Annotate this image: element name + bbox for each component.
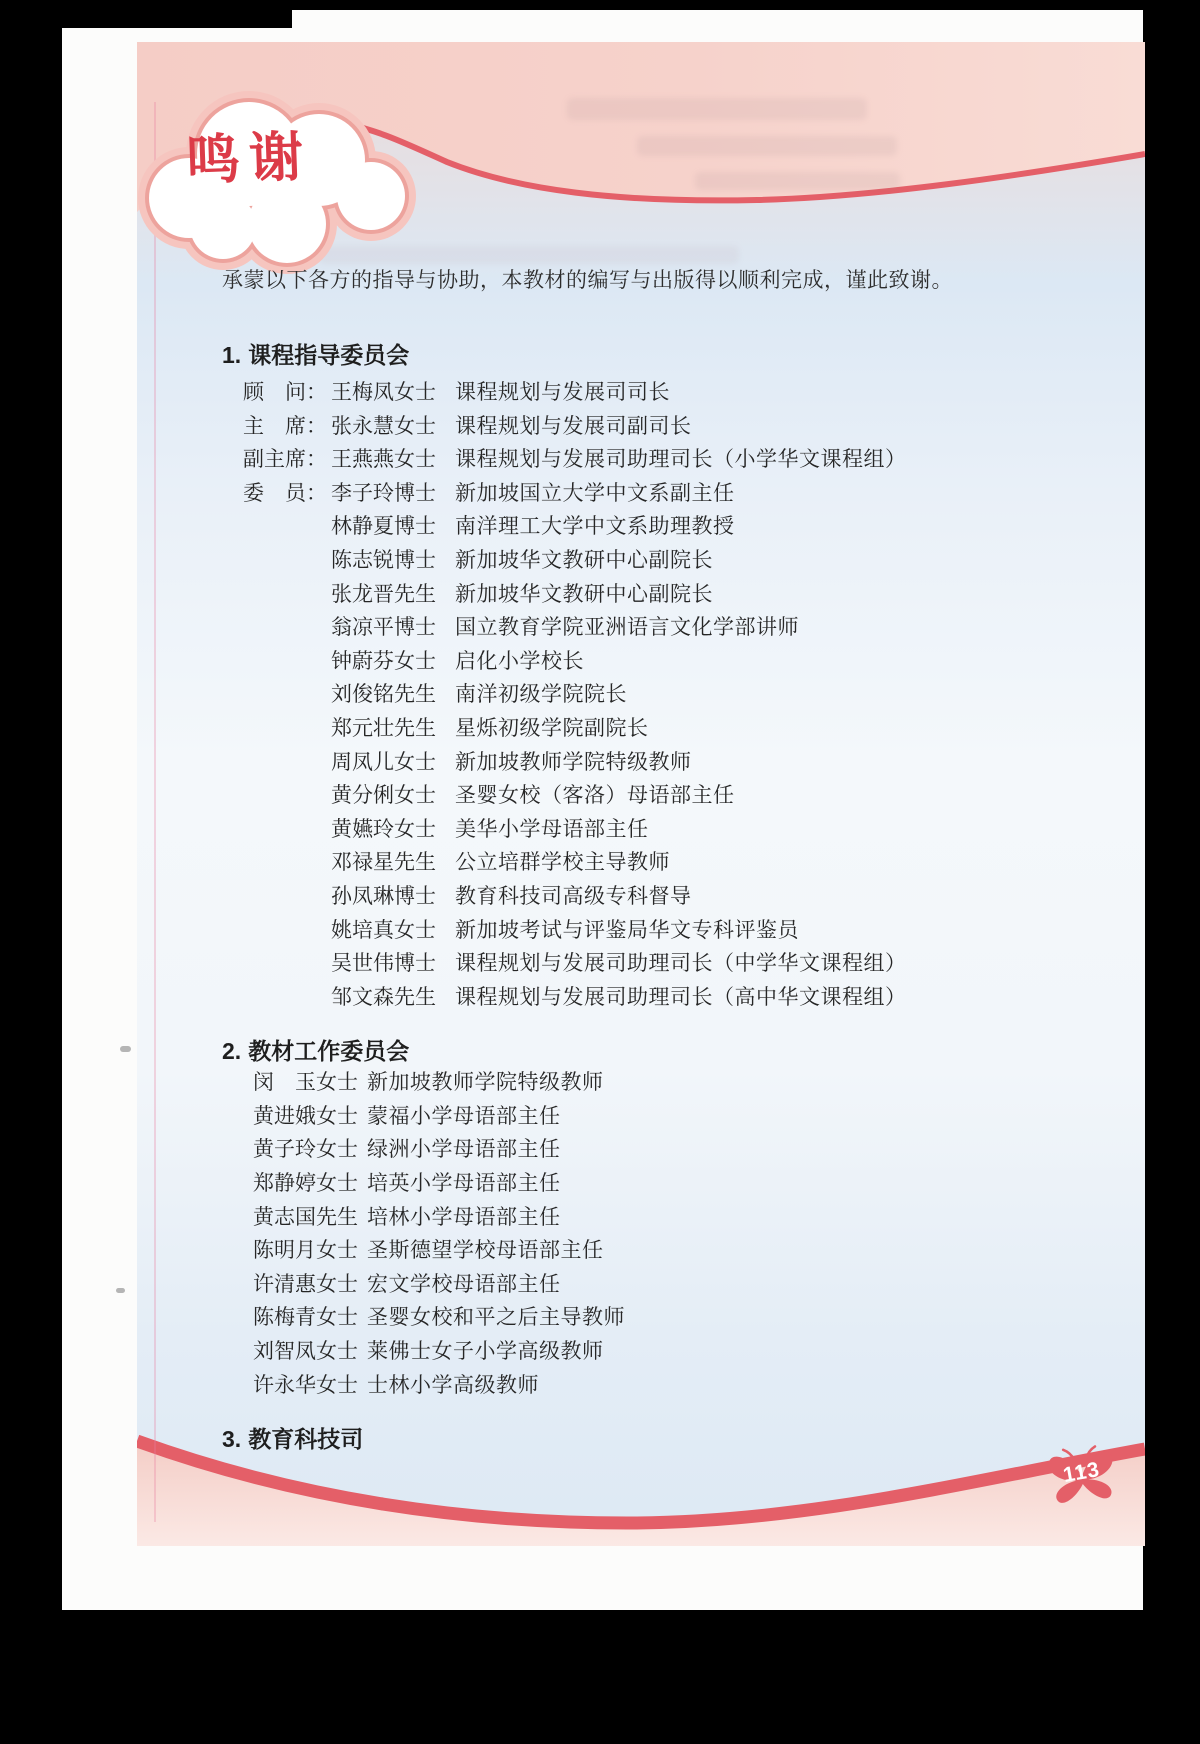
section-number: 3.	[222, 1426, 241, 1452]
section-heading: 3.教育科技司	[222, 1424, 1122, 1454]
member-name: 陈志锐博士	[331, 544, 455, 578]
member-title: 圣婴女校和平之后主导教师	[367, 1306, 625, 1329]
scan-line-artifact	[154, 102, 156, 1522]
member-title: 士林小学高级教师	[367, 1374, 539, 1397]
intro-paragraph: 承蒙以下各方的指导与协助，本教材的编写与出版得以顺利完成，谨此致谢。	[222, 266, 1122, 296]
member-name: 王燕燕女士	[331, 443, 455, 477]
committee-member-row: 陈梅青女士圣婴女校和平之后主导教师	[222, 1301, 1122, 1335]
member-title: 新加坡华文教研中心副院长	[455, 583, 713, 606]
committee-member-row: 许清惠女士宏文学校母语部主任	[222, 1268, 1122, 1302]
member-name: 孙凤琳博士	[331, 880, 455, 914]
member-title: 公立培群学校主导教师	[455, 851, 670, 874]
committee-member-row: 黄志国先生培林小学母语部主任	[222, 1201, 1122, 1235]
section-heading: 2.教材工作委员会	[222, 1036, 1122, 1066]
member-name: 翁凉平博士	[331, 611, 455, 645]
committee-member-row: 副主席：王燕燕女士课程规划与发展司助理司长（小学华文课程组）	[222, 443, 1122, 477]
committee-member-row: 黄分俐女士圣婴女校（客洛）母语部主任	[222, 779, 1122, 813]
scan-page: 鸣谢 承蒙以下各方的指导与协助，本教材的编写与出版得以顺利完成，谨此致谢。 1.…	[62, 10, 1143, 1610]
member-title: 新加坡国立大学中文系副主任	[455, 482, 735, 505]
committee-member-row: 林静夏博士南洋理工大学中文系助理教授	[222, 510, 1122, 544]
member-name: 郑静婷女士	[253, 1167, 367, 1201]
scan-smudge	[120, 1046, 131, 1052]
committee-member-row: 吴世伟博士课程规划与发展司助理司长（中学华文课程组）	[222, 947, 1122, 981]
sections: 1.课程指导委员会顾 问：王梅凤女士课程规划与发展司司长主 席：张永慧女士课程规…	[222, 340, 1122, 1454]
committee-member-row: 邓禄星先生公立培群学校主导教师	[222, 846, 1122, 880]
member-name: 许永华女士	[253, 1369, 367, 1403]
section-2: 2.教材工作委员会闵 玉女士新加坡教师学院特级教师黄进娥女士蒙福小学母语部主任黄…	[222, 1036, 1122, 1402]
section-number: 1.	[222, 342, 241, 368]
member-title: 启化小学校长	[455, 650, 584, 673]
member-title: 南洋理工大学中文系助理教授	[455, 515, 735, 538]
print-area: 鸣谢 承蒙以下各方的指导与协助，本教材的编写与出版得以顺利完成，谨此致谢。 1.…	[137, 42, 1145, 1546]
member-title: 课程规划与发展司司长	[455, 381, 670, 404]
member-name: 黄子玲女士	[253, 1133, 367, 1167]
committee-member-row: 主 席：张永慧女士课程规划与发展司副司长	[222, 410, 1122, 444]
member-title: 课程规划与发展司助理司长（小学华文课程组）	[455, 448, 907, 471]
member-title: 课程规划与发展司助理司长（中学华文课程组）	[455, 952, 907, 975]
committee-member-row: 陈明月女士圣斯德望学校母语部主任	[222, 1234, 1122, 1268]
section-3: 3.教育科技司	[222, 1424, 1122, 1454]
section-heading: 1.课程指导委员会	[222, 340, 1122, 370]
section-title: 教材工作委员会	[248, 1038, 409, 1064]
committee-member-row: 张龙晋先生新加坡华文教研中心副院长	[222, 578, 1122, 612]
member-name: 张永慧女士	[331, 410, 455, 444]
member-title: 课程规划与发展司助理司长（高中华文课程组）	[455, 986, 907, 1009]
committee-member-row: 顾 问：王梅凤女士课程规划与发展司司长	[222, 376, 1122, 410]
committee-member-row: 黄嬿玲女士美华小学母语部主任	[222, 813, 1122, 847]
section-title: 教育科技司	[248, 1426, 363, 1452]
committee-member-row: 黄子玲女士绿洲小学母语部主任	[222, 1133, 1122, 1167]
member-title: 新加坡教师学院特级教师	[455, 751, 692, 774]
member-title: 培英小学母语部主任	[367, 1172, 561, 1195]
member-name: 邓禄星先生	[331, 846, 455, 880]
member-name: 黄分俐女士	[331, 779, 455, 813]
member-name: 许清惠女士	[253, 1268, 367, 1302]
member-name: 黄嬿玲女士	[331, 813, 455, 847]
committee-member-row: 郑静婷女士培英小学母语部主任	[222, 1167, 1122, 1201]
member-title: 星烁初级学院副院长	[455, 717, 649, 740]
page-number-butterfly: 113	[1042, 1442, 1122, 1509]
member-name: 黄进娥女士	[253, 1100, 367, 1134]
member-name: 钟蔚芬女士	[331, 645, 455, 679]
member-title: 新加坡考试与评鉴局华文专科评鉴员	[455, 919, 799, 942]
member-title: 莱佛士女子小学高级教师	[367, 1340, 604, 1363]
member-name: 陈明月女士	[253, 1234, 367, 1268]
committee-member-row: 郑元壮先生星烁初级学院副院长	[222, 712, 1122, 746]
committee-member-row: 黄进娥女士蒙福小学母语部主任	[222, 1100, 1122, 1134]
committee-member-row: 刘俊铭先生南洋初级学院院长	[222, 678, 1122, 712]
committee-member-row: 委 员：李子玲博士新加坡国立大学中文系副主任	[222, 477, 1122, 511]
member-title: 蒙福小学母语部主任	[367, 1105, 561, 1128]
member-name: 张龙晋先生	[331, 578, 455, 612]
member-title: 课程规划与发展司副司长	[455, 415, 692, 438]
member-name: 吴世伟博士	[331, 947, 455, 981]
member-name: 闵 玉女士	[253, 1066, 367, 1100]
member-name: 陈梅青女士	[253, 1301, 367, 1335]
committee-member-row: 姚培真女士新加坡考试与评鉴局华文专科评鉴员	[222, 914, 1122, 948]
member-name: 林静夏博士	[331, 510, 455, 544]
member-name: 李子玲博士	[331, 477, 455, 511]
committee-member-row: 周凤儿女士新加坡教师学院特级教师	[222, 746, 1122, 780]
member-title: 圣婴女校（客洛）母语部主任	[455, 784, 735, 807]
member-title: 教育科技司高级专科督导	[455, 885, 692, 908]
committee-member-row: 许永华女士士林小学高级教师	[222, 1369, 1122, 1403]
committee-member-row: 刘智凤女士莱佛士女子小学高级教师	[222, 1335, 1122, 1369]
section-number: 2.	[222, 1038, 241, 1064]
committee-member-row: 邹文森先生课程规划与发展司助理司长（高中华文课程组）	[222, 981, 1122, 1015]
committee-member-row: 闵 玉女士新加坡教师学院特级教师	[222, 1066, 1122, 1100]
member-role: 委 员：	[243, 477, 331, 511]
member-name: 刘俊铭先生	[331, 678, 455, 712]
member-title: 宏文学校母语部主任	[367, 1273, 561, 1296]
section-title: 课程指导委员会	[248, 342, 409, 368]
member-name: 王梅凤女士	[331, 376, 455, 410]
committee-member-row: 翁凉平博士国立教育学院亚洲语言文化学部讲师	[222, 611, 1122, 645]
committee-member-row: 钟蔚芬女士启化小学校长	[222, 645, 1122, 679]
committee-member-row: 孙凤琳博士教育科技司高级专科督导	[222, 880, 1122, 914]
member-name: 刘智凤女士	[253, 1335, 367, 1369]
scanned-book-page: { "page": { "badge_title": "鸣谢", "intro"…	[0, 0, 1200, 1744]
member-name: 邹文森先生	[331, 981, 455, 1015]
member-role: 主 席：	[243, 410, 331, 444]
member-name: 郑元壮先生	[331, 712, 455, 746]
member-name: 黄志国先生	[253, 1201, 367, 1235]
member-role: 顾 问：	[243, 376, 331, 410]
member-title: 新加坡华文教研中心副院长	[455, 549, 713, 572]
member-role: 副主席：	[243, 443, 331, 477]
member-name: 周凤儿女士	[331, 746, 455, 780]
scan-smudge	[116, 1288, 125, 1293]
member-title: 美华小学母语部主任	[455, 818, 649, 841]
member-name: 姚培真女士	[331, 914, 455, 948]
member-title: 南洋初级学院院长	[455, 683, 627, 706]
member-title: 培林小学母语部主任	[367, 1206, 561, 1229]
member-title: 绿洲小学母语部主任	[367, 1138, 561, 1161]
member-title: 新加坡教师学院特级教师	[367, 1071, 604, 1094]
content-column: 承蒙以下各方的指导与协助，本教材的编写与出版得以顺利完成，谨此致谢。 1.课程指…	[222, 42, 1122, 1454]
member-title: 圣斯德望学校母语部主任	[367, 1239, 604, 1262]
member-title: 国立教育学院亚洲语言文化学部讲师	[455, 616, 799, 639]
scan-corner-notch	[0, 0, 292, 28]
section-1: 1.课程指导委员会顾 问：王梅凤女士课程规划与发展司司长主 席：张永慧女士课程规…	[222, 340, 1122, 1014]
committee-member-row: 陈志锐博士新加坡华文教研中心副院长	[222, 544, 1122, 578]
